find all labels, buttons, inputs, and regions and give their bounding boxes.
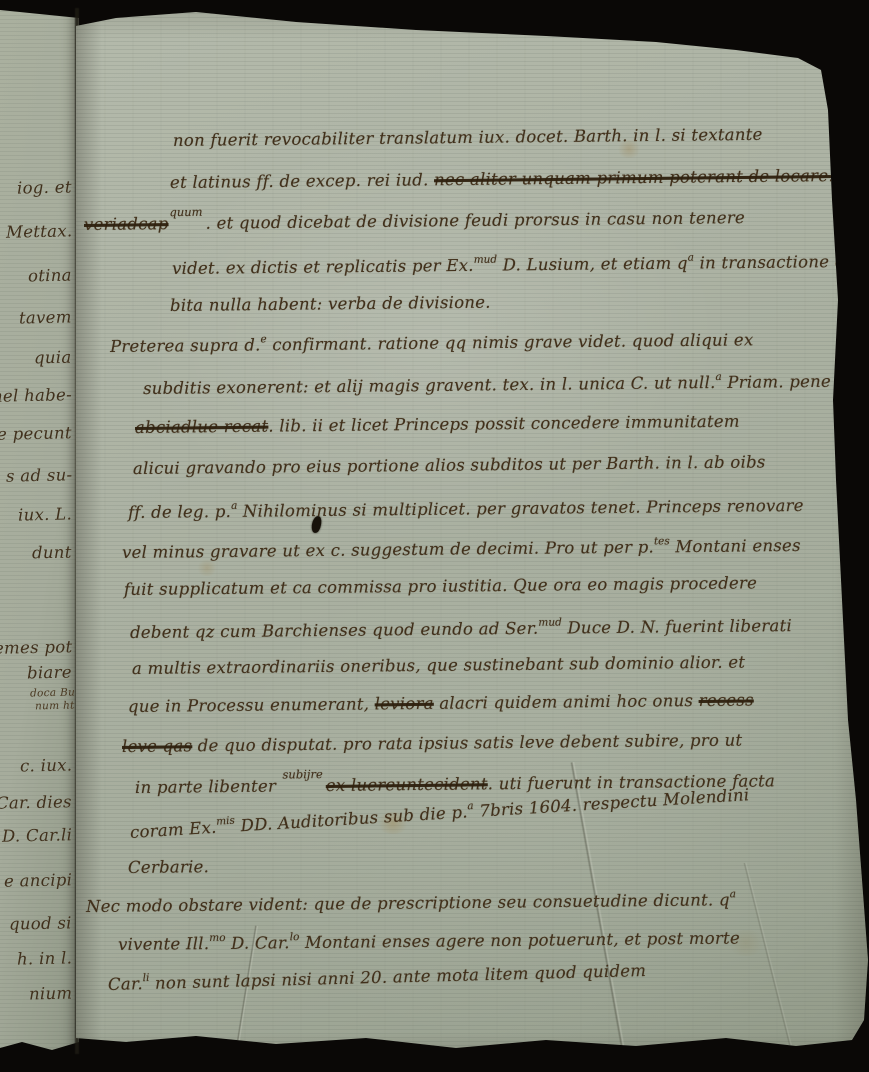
superscript-abbreviation: mis bbox=[216, 815, 235, 828]
manuscript-text: . et quod dicebat de divisione feudi pro… bbox=[206, 208, 746, 233]
facing-page-text-fragment: tavem bbox=[19, 307, 72, 327]
manuscript-line: et latinus ff. de excep. rei iud. nec al… bbox=[170, 168, 834, 191]
manuscript-text: ff. de leg. p. bbox=[128, 502, 231, 522]
manuscript-line: videt. ex dictis et replicatis per Ex.mu… bbox=[172, 251, 869, 278]
manuscript-text: bita nulla habent: verba de divisione. bbox=[170, 293, 491, 315]
ink-spot-top-right bbox=[802, 30, 818, 45]
manuscript-text: confirmant. ratione qq nimis grave videt… bbox=[267, 330, 754, 354]
manuscript-text: non fuerit revocabiliter translatum iux.… bbox=[173, 125, 763, 150]
manuscript-line: vivente Ill.mo D. Car.lo Montani enses a… bbox=[118, 927, 740, 953]
manuscript-text: Preterea supra d. bbox=[110, 335, 261, 356]
facing-page-text-fragment: c. iux. bbox=[20, 755, 73, 775]
manuscript-text: D. Car. bbox=[225, 933, 289, 953]
facing-page-text-fragment: otina bbox=[28, 266, 72, 286]
manuscript-text: D. Lusium, et etiam q bbox=[497, 254, 688, 275]
facing-page-text-fragment: Mettax. bbox=[5, 221, 72, 241]
manuscript-photo: { "colors": { "backdrop": "#0a0806", "pa… bbox=[0, 0, 869, 1072]
manuscript-line: veriadcapquum. et quod dicebat de divisi… bbox=[84, 210, 745, 233]
superscript-abbreviation: mud bbox=[474, 254, 498, 266]
manuscript-text: a multis extraordinariis oneribus, que s… bbox=[132, 653, 745, 678]
facing-page-text-fragment: dunt bbox=[32, 543, 72, 563]
manuscript-line: leve qas de quo disputat. pro rata ipsiu… bbox=[122, 733, 743, 756]
facing-page-text-fragment: h. in l. bbox=[17, 948, 73, 968]
manuscript-line: fuit supplicatum et ca commissa pro iust… bbox=[124, 575, 757, 598]
manuscript-line: Preterea supra d.e confirmant. ratione q… bbox=[110, 329, 754, 355]
struck-text: ex luereuntecident bbox=[326, 774, 488, 795]
superscript-abbreviation: a bbox=[730, 888, 736, 900]
manuscript-text: Cerbarie. bbox=[128, 857, 209, 877]
manuscript-line: ff. de leg. p.a Nihilominus si multiplic… bbox=[128, 495, 804, 522]
manuscript-text: Priam. pene bbox=[722, 372, 831, 392]
manuscript-text: et latinus ff. de excep. rei iud. bbox=[170, 170, 434, 192]
manuscript-text: Nihilominus si multiplicet. per gravatos… bbox=[237, 496, 804, 521]
facing-page-text-fragment: e pecunt bbox=[0, 423, 72, 444]
manuscript-text: videt. ex dictis et replicatis per Ex. bbox=[172, 256, 474, 278]
handwritten-text-block: non fuerit revocabiliter translatum iux.… bbox=[76, 0, 868, 1062]
manuscript-text: DD. Auditoribus sub die p. bbox=[235, 802, 469, 835]
struck-text: abciadlue recat bbox=[135, 417, 269, 437]
facing-page-edge: iog. etMettax.otinatavemquianel habe-e p… bbox=[0, 0, 79, 1056]
facing-page-text-fragment: e ancipi bbox=[4, 870, 73, 890]
manuscript-text: alacri quidem animi hoc onus bbox=[434, 691, 699, 713]
facing-page-text-fragment: nium bbox=[28, 984, 72, 1004]
facing-page-text-fragment: biare bbox=[27, 663, 72, 683]
facing-page-text-fragment: doca Bu bbox=[30, 687, 75, 700]
manuscript-text: de quo disputat. pro rata ipsius satis l… bbox=[192, 731, 742, 756]
manuscript-line: bita nulla habent: verba de divisione. bbox=[170, 295, 491, 315]
manuscript-page: non fuerit revocabiliter translatum iux.… bbox=[76, 0, 868, 1062]
facing-page-text-fragment: nel habe- bbox=[0, 385, 72, 406]
manuscript-text: in transactione exhi bbox=[694, 252, 869, 273]
facing-page-text-fragment: D. Car.li bbox=[2, 825, 73, 845]
manuscript-text: que in Processu enumerant, bbox=[128, 694, 375, 716]
interlinear-addition: quum bbox=[169, 207, 202, 219]
manuscript-line: abciadlue recat. lib. ii et licet Prince… bbox=[135, 414, 740, 437]
manuscript-text: Montani enses bbox=[670, 536, 801, 556]
manuscript-text: in parte libenter bbox=[135, 776, 282, 797]
manuscript-text: . lib. ii et licet Princeps possit conce… bbox=[268, 412, 740, 436]
manuscript-text: Car. bbox=[108, 974, 143, 994]
interlinear-addition: subijre bbox=[282, 769, 322, 781]
struck-text: nec aliter unquam primum poterant de loc… bbox=[434, 166, 834, 189]
manuscript-text: debent qz cum Barchienses quod eundo ad … bbox=[130, 619, 539, 642]
manuscript-line: a multis extraordinariis oneribus, que s… bbox=[132, 655, 745, 678]
manuscript-line: Cerbarie. bbox=[128, 859, 209, 876]
manuscript-line: alicui gravando pro eius portione alios … bbox=[133, 454, 766, 477]
manuscript-text: Nec modo obstare vident: que de prescrip… bbox=[86, 890, 730, 916]
facing-page-text-fragment: emes pot bbox=[0, 637, 72, 658]
facing-page-text-fragment: quod si bbox=[9, 913, 72, 933]
facing-page-text-fragment: iog. et bbox=[17, 177, 72, 197]
facing-page-text-fragment: quia bbox=[34, 348, 72, 368]
facing-page-text-fragment: Car. dies bbox=[0, 792, 72, 813]
manuscript-line: non fuerit revocabiliter translatum iux.… bbox=[173, 127, 763, 150]
struck-text: veriadcap bbox=[84, 214, 169, 234]
superscript-abbreviation: tes bbox=[654, 535, 670, 547]
manuscript-line: que in Processu enumerant, leviora alacr… bbox=[128, 692, 754, 715]
manuscript-text: alicui gravando pro eius portione alios … bbox=[133, 452, 766, 478]
manuscript-text: non sunt lapsi nisi anni 20. ante mota l… bbox=[149, 961, 646, 993]
manuscript-text: subditis exonerent: et alij magis graven… bbox=[143, 373, 716, 398]
manuscript-line: Car.li non sunt lapsi nisi anni 20. ante… bbox=[108, 960, 647, 994]
manuscript-line: vel minus gravare ut ex c. suggestum de … bbox=[122, 535, 801, 562]
struck-text: leviora bbox=[375, 694, 434, 714]
manuscript-text: vivente Ill. bbox=[118, 934, 209, 954]
superscript-abbreviation: mo bbox=[209, 932, 225, 944]
struck-text: leve qas bbox=[122, 736, 192, 756]
facing-page-text-fragment: s ad su- bbox=[5, 465, 72, 485]
manuscript-text: fuit supplicatum et ca commissa pro iust… bbox=[124, 573, 757, 599]
manuscript-line: debent qz cum Barchienses quod eundo ad … bbox=[130, 615, 792, 641]
manuscript-text: vel minus gravare ut ex c. suggestum de … bbox=[122, 537, 654, 562]
manuscript-text: Montani enses agere non potuerunt, et po… bbox=[299, 928, 740, 952]
manuscript-text: Duce D. N. fuerint liberati bbox=[562, 616, 792, 637]
manuscript-line: subditis exonerent: et alij magis graven… bbox=[143, 371, 831, 398]
struck-text: recess bbox=[699, 690, 754, 710]
manuscript-text: coram Ex. bbox=[129, 818, 217, 842]
facing-page-text-fragment: iux. L. bbox=[18, 504, 72, 524]
facing-page-text-fragment: num ht bbox=[35, 700, 75, 713]
superscript-abbreviation: mud bbox=[538, 616, 562, 628]
manuscript-line: Nec modo obstare vident: que de prescrip… bbox=[86, 889, 736, 915]
